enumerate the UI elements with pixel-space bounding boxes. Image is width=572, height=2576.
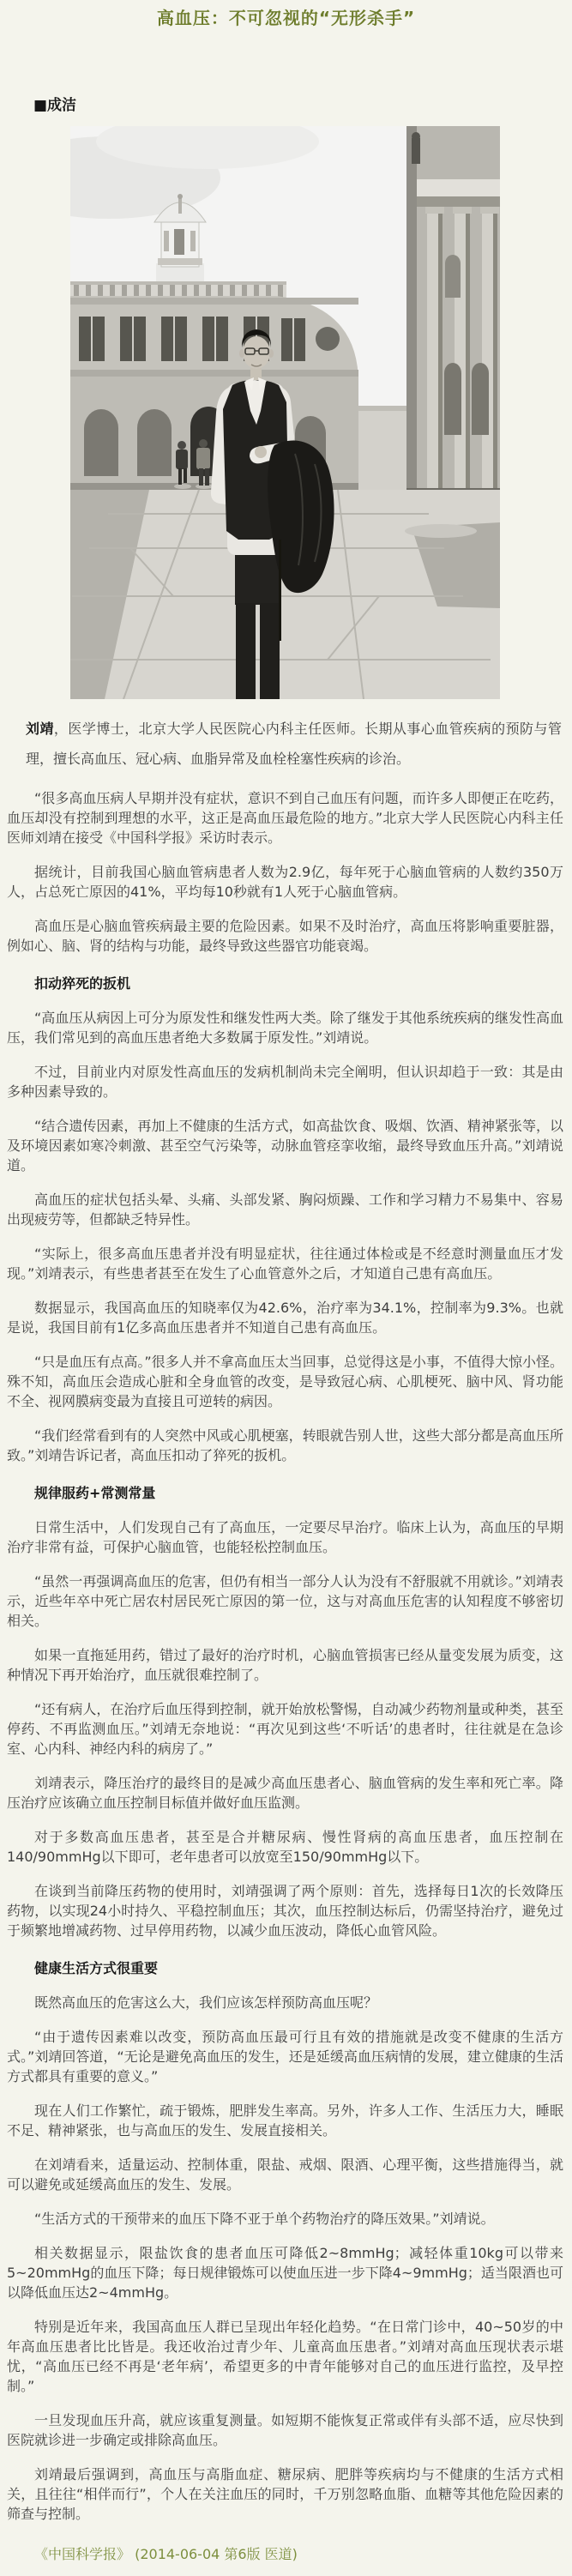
- article-page: 高血压：不可忽视的“无形杀手” ■成洁: [0, 0, 572, 2576]
- section-heading: 规律服药+常测常量: [7, 1483, 563, 1503]
- article-paragraph: “我们经常看到有的人突然中风或心肌梗塞，转眼就告别人世，这些大部分都是高血压所致…: [7, 1426, 563, 1465]
- article-paragraph: “还有病人，在治疗后血压得到控制，就开始放松警惕，自动减少药物剂量或种类，甚至停…: [7, 1699, 563, 1759]
- article-body: “很多高血压病人早期并没有症状，意识不到自己血压有问题，而许多人即便正在吃药，血…: [0, 788, 572, 2524]
- article-paragraph: 现在人们工作繁忙，疏于锻炼，肥胖发生率高。另外，许多人工作、生活压力大，睡眠不足…: [7, 2101, 563, 2140]
- page-title: 高血压：不可忽视的“无形杀手”: [0, 0, 572, 28]
- article-paragraph: “实际上，很多高血压患者并没有明显症状，往往通过体检或是不经意时测量血压才发现。…: [7, 1244, 563, 1283]
- article-paragraph: “只是血压有点高。”很多人并不拿高血压太当回事，总觉得这是小事，不值得大惊小怪。…: [7, 1352, 563, 1411]
- article-paragraph: “生活方式的干预带来的血压下降不亚于单个药物治疗的降压效果。”刘靖说。: [7, 2209, 563, 2229]
- expert-name: 刘靖: [26, 721, 54, 737]
- right-building: [406, 126, 500, 530]
- expert-bio-text: ，医学博士，北京大学人民医院心内科主任医师。长期从事心血管疾病的预防与管理，擅长…: [26, 721, 562, 767]
- article-paragraph: 刘靖最后强调到，高血压与高脂血症、糖尿病、肥胖等疾病均与不健康的生活方式相关，且…: [7, 2464, 563, 2524]
- expert-bio: 刘靖，医学博士，北京大学人民医院心内科主任医师。长期从事心血管疾病的预防与管理，…: [26, 714, 562, 774]
- article-paragraph: 如果一直拖延用药，错过了最好的治疗时机，心脑血管损害已经从量变发展为质变，这种情…: [7, 1645, 563, 1685]
- article-paragraph: 不过，目前业内对原发性高血压的发病机制尚未完全阐明，但认识却趋于一致：其是由多种…: [7, 1062, 563, 1101]
- source-footer: 《中国科学报》 (2014-06-04 第6版 医道): [7, 2544, 563, 2564]
- article-paragraph: 既然高血压的危害这么大，我们应该怎样预防高血压呢？: [7, 1993, 563, 2012]
- section-heading: 健康生活方式很重要: [7, 1958, 563, 1978]
- article-photo: [70, 126, 500, 699]
- article-paragraph: “由于遗传因素难以改变，预防高血压最可行且有效的措施就是改变不健康的生活方式。”…: [7, 2027, 563, 2086]
- article-paragraph: 据统计，目前我国心脑血管病患者人数为2.9亿，每年死于心脑血管病的人数约350万…: [7, 862, 563, 902]
- article-paragraph: 相关数据显示，限盐饮食的患者血压可降低2~8mmHg；减轻体重10kg可以带来5…: [7, 2243, 563, 2302]
- article-paragraph: 特别是近年来，我国高血压人群已呈现出年轻化趋势。“在日常门诊中，40~50岁的中…: [7, 2317, 563, 2396]
- article-paragraph: 高血压是心脑血管疾病最主要的危险因素。如果不及时治疗，高血压将影响重要脏器，例如…: [7, 916, 563, 956]
- article-paragraph: “很多高血压病人早期并没有症状，意识不到自己血压有问题，而许多人即便正在吃药，血…: [7, 788, 563, 848]
- article-paragraph: “虽然一再强调高血压的危害，但仍有相当一部分人认为没有不舒服就不用就诊。”刘靖表…: [7, 1572, 563, 1631]
- article-paragraph: 在刘靖看来，适量运动、控制体重，限盐、戒烟、限酒、心理平衡，这些措施得当，就可以…: [7, 2155, 563, 2194]
- section-heading: 扣动猝死的扳机: [7, 974, 563, 993]
- article-paragraph: 高血压的症状包括头晕、头痛、头部发紧、胸闷烦躁、工作和学习精力不易集中、容易出现…: [7, 1190, 563, 1229]
- article-paragraph: “高血压从病因上可分为原发性和继发性两大类。除了继发于其他系统疾病的继发性高血压…: [7, 1008, 563, 1047]
- article-paragraph: 在谈到当前降压药物的使用时，刘靖强调了两个原则：首先，选择每日1次的长效降压药物…: [7, 1881, 563, 1940]
- article-paragraph: 刘靖表示，降压治疗的最终目的是减少高血压患者心、脑血管病的发生率和死亡率。降压治…: [7, 1773, 563, 1813]
- article-paragraph: 对于多数高血压患者，甚至是合并糖尿病、慢性肾病的高血压患者，血压控制在140/9…: [7, 1827, 563, 1867]
- article-paragraph: “结合遗传因素，再加上不健康的生活方式，如高盐饮食、吸烟、饮酒、精神紧张等，以及…: [7, 1116, 563, 1175]
- photo-illustration: [70, 126, 500, 699]
- article-paragraph: 数据显示，我国高血压的知晓率仅为42.6%，治疗率为34.1%，控制率为9.3%…: [7, 1298, 563, 1337]
- byline-author: ■成洁: [33, 93, 572, 114]
- article-paragraph: 日常生活中，人们发现自己有了高血压，一定要尽早治疗。临床上认为，高血压的早期治疗…: [7, 1517, 563, 1557]
- article-paragraph: 一旦发现血压升高，就应该重复测量。如短期不能恢复正常或伴有头部不适，应尽快到医院…: [7, 2410, 563, 2450]
